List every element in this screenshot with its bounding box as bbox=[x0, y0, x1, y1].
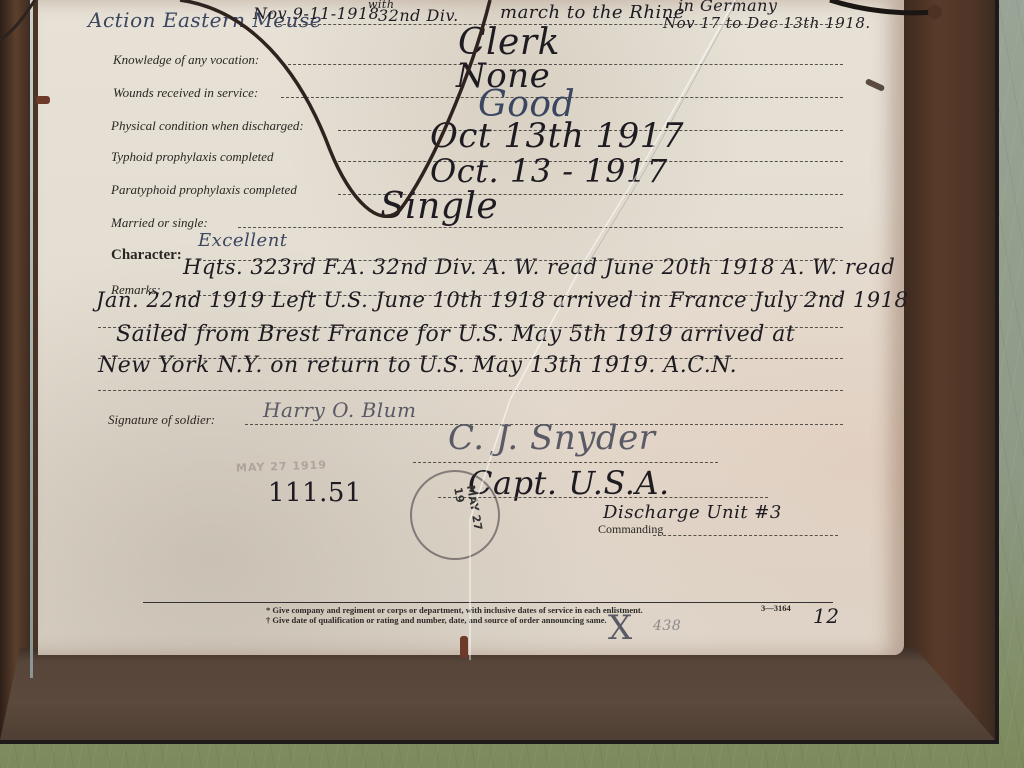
character-value: Excellent bbox=[198, 230, 288, 251]
vocation-line bbox=[288, 64, 843, 65]
pencil-cross: X bbox=[608, 608, 633, 648]
division-text: 32nd Div. bbox=[378, 6, 459, 25]
vocation-label: Knowledge of any vocation: bbox=[113, 52, 259, 68]
commanding-value: Discharge Unit #3 bbox=[603, 502, 782, 523]
officer-signature-line bbox=[413, 462, 718, 463]
discharge-document: Action Eastern Meuse Nov 9-11-1918 with … bbox=[38, 0, 904, 655]
soldier-signature-label: Signature of soldier: bbox=[108, 412, 215, 428]
officer-signature: C. J. Snyder bbox=[448, 418, 656, 458]
remarks-text-4: New York N.Y. on return to U.S. May 13th… bbox=[98, 353, 737, 378]
paratyphoid-value: Oct. 13 - 1917 bbox=[430, 152, 668, 190]
glass-edge bbox=[30, 0, 33, 678]
remarks-line-4 bbox=[98, 390, 843, 391]
frame-nail-bottom bbox=[460, 636, 468, 658]
pencil-corner-number: 12 bbox=[813, 604, 839, 628]
action-dates: Nov 9-11-1918 bbox=[253, 4, 379, 23]
serial-number: 111.51 bbox=[268, 478, 362, 508]
typhoid-value: Oct 13th 1917 bbox=[430, 116, 684, 156]
remarks-text-3: Sailed from Brest France for U.S. May 5t… bbox=[116, 322, 795, 347]
date-stamp: MAY 27 1919 bbox=[236, 458, 327, 474]
pencil-note: 438 bbox=[653, 618, 681, 634]
germany-text: in Germany bbox=[678, 0, 777, 15]
frame-bottom-rail bbox=[0, 648, 995, 740]
footnote-1: * Give company and regiment or corps or … bbox=[266, 605, 643, 615]
footer-rule bbox=[143, 602, 833, 603]
soldier-signature: Harry O. Blum bbox=[263, 398, 417, 422]
form-number: 3—3164 bbox=[761, 603, 791, 613]
remarks-text-2: Jan. 22nd 1919 Left U.S. June 10th 1918 … bbox=[96, 288, 908, 312]
wounds-label: Wounds received in service: bbox=[113, 85, 258, 101]
march-dates: Nov 17 to Dec 13th 1918. bbox=[663, 14, 871, 32]
remarks-text-1: Hqts. 323rd F.A. 32nd Div. A. W. read Ju… bbox=[183, 255, 895, 279]
physical-condition-label: Physical condition when discharged: bbox=[111, 118, 304, 134]
married-label: Married or single: bbox=[111, 215, 208, 231]
footnote-2: † Give date of qualification or rating a… bbox=[266, 615, 607, 625]
frame-nail-left bbox=[36, 96, 50, 104]
typhoid-label: Typhoid prophylaxis completed bbox=[111, 149, 273, 165]
postmark-stamp: MAY 27 19 bbox=[410, 470, 500, 560]
character-label: Character: bbox=[111, 247, 182, 264]
postmark-text: MAY 27 19 bbox=[451, 484, 487, 546]
married-line bbox=[238, 227, 843, 228]
frame-left-rail bbox=[0, 0, 32, 740]
march-text: march to the Rhine bbox=[500, 2, 685, 23]
frame-right-rail bbox=[900, 0, 995, 740]
married-value: Single bbox=[380, 186, 498, 227]
paratyphoid-label: Paratyphoid prophylaxis completed bbox=[111, 182, 297, 198]
commanding-line bbox=[653, 535, 838, 536]
